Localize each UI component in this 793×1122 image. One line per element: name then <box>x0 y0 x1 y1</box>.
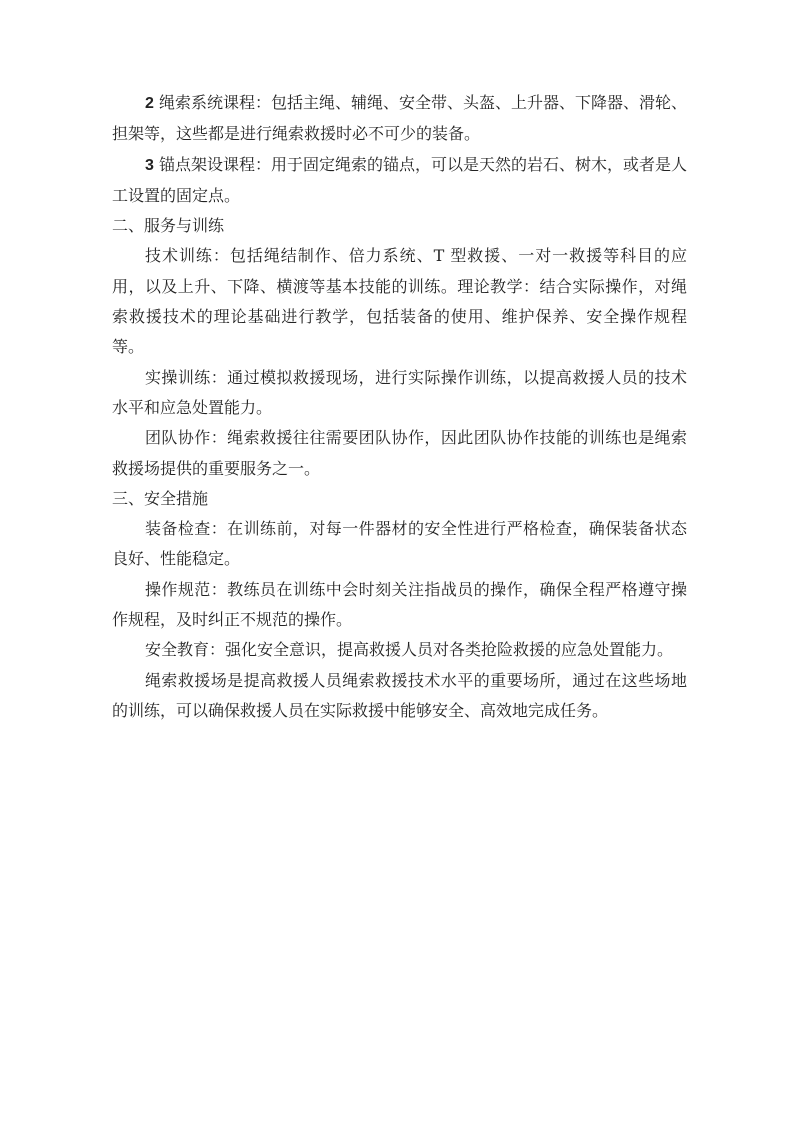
paragraph-practical-training: 实操训练：通过模拟救援现场，进行实际操作训练，以提高救援人员的技术水平和应急处置… <box>112 363 687 424</box>
document-page: 2 绳索系统课程：包括主绳、辅绳、安全带、头盔、上升器、下降器、滑轮、担架等，这… <box>112 88 687 726</box>
section-heading-service-training: 二、服务与训练 <box>112 211 687 241</box>
paragraph-technical-training: 技术训练：包括绳结制作、倍力系统、T 型救援、一对一救援等科目的应用，以及上升、… <box>112 241 687 362</box>
paragraph-operation-standard: 操作规范：教练员在训练中会时刻关注指战员的操作，确保全程严格遵守操作规程，及时纠… <box>112 575 687 636</box>
section-heading-safety: 三、安全措施 <box>112 484 687 514</box>
paragraph-teamwork: 团队协作：绳索救援往往需要团队协作，因此团队协作技能的训练也是绳索救援场提供的重… <box>112 423 687 484</box>
item-number: 2 <box>145 95 154 112</box>
paragraph-conclusion: 绳索救援场是提高救援人员绳索救援技术水平的重要场所，通过在这些场地的训练，可以确… <box>112 666 687 727</box>
item-number: 3 <box>145 157 154 174</box>
paragraph-text: 绳索系统课程：包括主绳、辅绳、安全带、头盔、上升器、下降器、滑轮、担架等，这些都… <box>112 93 687 143</box>
paragraph-equipment-check: 装备检查：在训练前，对每一件器材的安全性进行严格检查，确保装备状态良好、性能稳定… <box>112 514 687 575</box>
paragraph-rope-system-course: 2 绳索系统课程：包括主绳、辅绳、安全带、头盔、上升器、下降器、滑轮、担架等，这… <box>112 88 687 150</box>
paragraph-anchor-course: 3 锚点架设课程：用于固定绳索的锚点，可以是天然的岩石、树木，或者是人工设置的固… <box>112 150 687 212</box>
paragraph-safety-education: 安全教育：强化安全意识，提高救援人员对各类抢险救援的应急处置能力。 <box>112 635 687 665</box>
paragraph-text: 锚点架设课程：用于固定绳索的锚点，可以是天然的岩石、树木，或者是人工设置的固定点… <box>112 155 687 205</box>
